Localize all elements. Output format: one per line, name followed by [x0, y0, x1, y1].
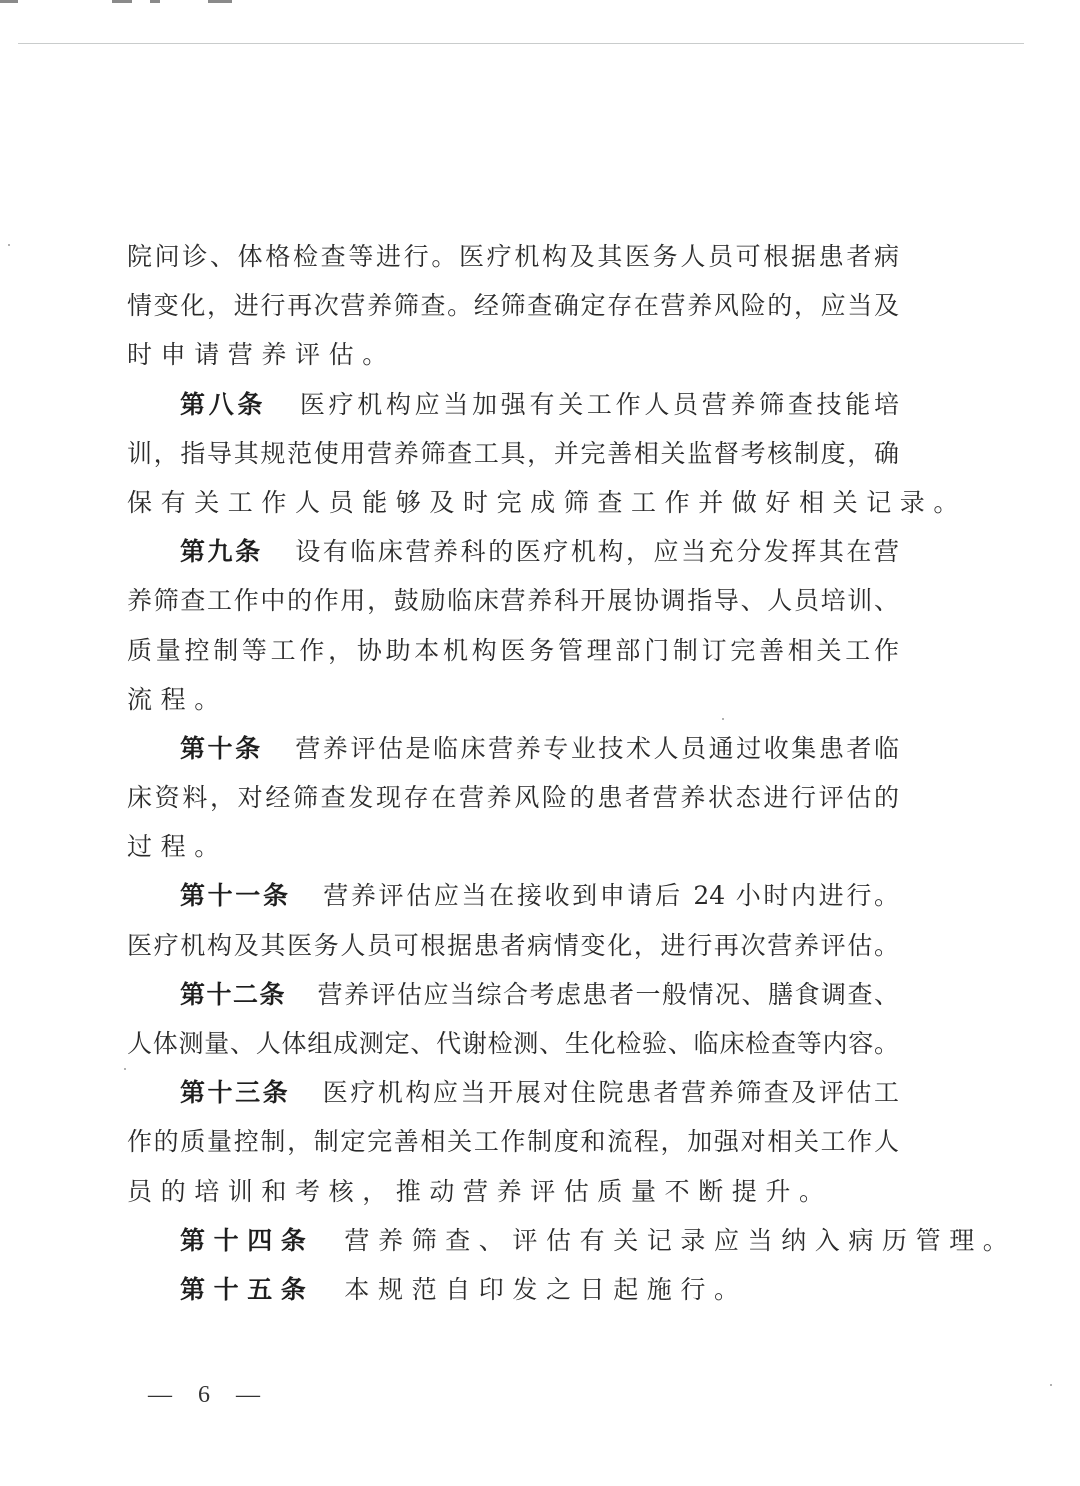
article-8-line-1: 第八条医疗机构应当加强有关工作人员营养筛查技能培 [127, 380, 899, 429]
article-text: 设有临床营养科的医疗机构，应当充分发挥其在营 [293, 537, 899, 566]
article-heading: 第十五条 [180, 1275, 314, 1304]
text-line: 情变化，进行再次营养筛查。经筛查确定存在营养风险的，应当及 [127, 281, 899, 330]
header-rule [18, 43, 1024, 44]
article-text: 医疗机构应当开展对住院患者营养筛查及评估工 [320, 1078, 899, 1107]
scan-speck [722, 718, 724, 720]
article-12-line-1: 第十二条营养评估应当综合考虑患者一般情况、膳食调查、 [127, 970, 899, 1019]
article-heading: 第八条 [180, 390, 266, 419]
article-heading: 第十四条 [180, 1226, 314, 1255]
article-text: 营养评估应当在接收到申请后 24 小时内进行。 [321, 881, 899, 910]
article-11-line-1: 第十一条营养评估应当在接收到申请后 24 小时内进行。 [127, 871, 899, 920]
text-line: 院问诊、体格检查等进行。医疗机构及其医务人员可根据患者病 [127, 232, 899, 281]
text-line: 时申请营养评估。 [127, 330, 899, 379]
text-line: 床资料，对经筛查发现存在营养风险的患者营养状态进行评估的 [127, 773, 899, 822]
text-line: 养筛查工作中的作用，鼓励临床营养科开展协调指导、人员培训、 [127, 576, 899, 625]
top-edge-marks [0, 0, 1080, 10]
article-13-line-1: 第十三条医疗机构应当开展对住院患者营养筛查及评估工 [127, 1068, 899, 1117]
article-text: 营养评估应当综合考虑患者一般情况、膳食调查、 [316, 980, 899, 1009]
text-line: 作的质量控制，制定完善相关工作制度和流程，加强对相关工作人 [127, 1117, 899, 1166]
text-line: 保有关工作人员能够及时完成筛查工作并做好相关记录。 [127, 478, 899, 527]
document-body: 院问诊、体格检查等进行。医疗机构及其医务人员可根据患者病 情变化，进行再次营养筛… [127, 232, 899, 1314]
text-line: 流程。 [127, 675, 899, 724]
page-number: — 6 — [148, 1382, 270, 1409]
article-text: 营养筛查、评估有关记录应当纳入病历管理。 [344, 1226, 1016, 1255]
text-line: 质量控制等工作，协助本机构医务管理部门制订完善相关工作 [127, 626, 899, 675]
text-line: 员的培训和考核，推动营养评估质量不断提升。 [127, 1167, 899, 1216]
text-line: 过程。 [127, 822, 899, 871]
article-heading: 第十一条 [180, 881, 291, 910]
article-heading: 第十三条 [180, 1078, 290, 1107]
scan-speck [8, 244, 10, 246]
article-text: 医疗机构应当加强有关工作人员营养筛查技能培 [296, 390, 899, 419]
article-9-line-1: 第九条设有临床营养科的医疗机构，应当充分发挥其在营 [127, 527, 899, 576]
text-line: 人体测量、人体组成测定、代谢检测、生化检验、临床检查等内容。 [127, 1019, 899, 1068]
article-14-line-1: 第十四条营养筛查、评估有关记录应当纳入病历管理。 [127, 1216, 899, 1265]
article-15-line-1: 第十五条本规范自印发之日起施行。 [127, 1265, 899, 1314]
article-10-line-1: 第十条营养评估是临床营养专业技术人员通过收集患者临 [127, 724, 899, 773]
text-line: 医疗机构及其医务人员可根据患者病情变化，进行再次营养评估。 [127, 921, 899, 970]
scan-speck [1050, 1384, 1052, 1386]
scan-speck [124, 1068, 126, 1070]
text-line: 训，指导其规范使用营养筛查工具，并完善相关监督考核制度，确 [127, 429, 899, 478]
article-heading: 第十二条 [180, 980, 286, 1009]
article-text: 营养评估是临床营养专业技术人员通过收集患者临 [293, 734, 899, 763]
article-text: 本规范自印发之日起施行。 [344, 1275, 747, 1304]
article-heading: 第十条 [180, 734, 263, 763]
article-heading: 第九条 [180, 537, 263, 566]
